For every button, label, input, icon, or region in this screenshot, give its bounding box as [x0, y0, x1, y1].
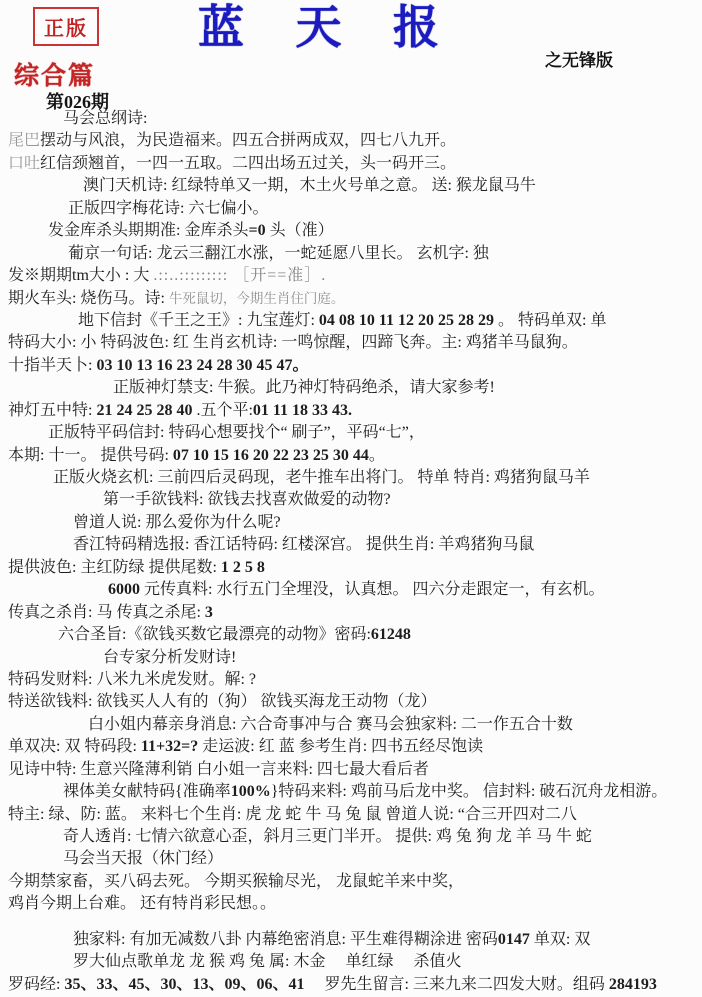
report-line: 神灯五中特: 21 24 25 28 40 .五个平:01 11 18 33 4… [8, 400, 702, 422]
line-text: 元传真料: 水行五门全埋没，认真想。 四六分走跟定一，有玄机。 [140, 581, 604, 598]
line-text: 葡京一句话: 龙云三翻江水涨，一蛇延愿八里长。 玄机字: 独 [68, 245, 489, 262]
line-text: 特主: 绿、防: 蓝。 来料七个生肖: 虎 龙 蛇 牛 马 兔 鼠 曾道人说: … [8, 806, 577, 823]
line-text: 本期: 十一。 提供号码: [8, 447, 173, 464]
line-text: 罗码经: [8, 976, 64, 993]
line-text: 见诗中特: 生意兴隆薄利销 白小姐一言来料: 四七最大看后者 [8, 761, 429, 778]
report-line: 正版特平码信封: 特码心想要找个“ 刷子”，平码“七”， [8, 422, 702, 444]
report-line: 地下信封《千王之王》: 九宝莲灯: 04 08 10 11 12 20 25 2… [8, 310, 702, 332]
line-numbers: =0 [248, 222, 265, 239]
newspaper-page: 正版 蓝 天 报 之无锋版 综合篇 第026期 马会总纲诗: 尾巴摆动与风浪，为… [0, 0, 702, 997]
report-line: 罗码经: 35、33、45、30、13、09、06、41 罗先生留言: 三来九来… [8, 974, 702, 996]
report-line: 台专家分析发财诗! [8, 647, 702, 669]
report-line: 提供波色: 主红防绿 提供尾数: 1 2 5 8 [8, 557, 702, 579]
edition-variant: 之无锋版 [545, 46, 613, 71]
line-numbers: 61248 [371, 626, 411, 643]
report-line: 见诗中特: 生意兴隆薄利销 白小姐一言来料: 四七最大看后者 [8, 759, 702, 781]
report-line: 发金库杀头期期准: 金库杀头=0 头（准） [8, 220, 702, 242]
line-text: 正版火烧玄机: 三前四后灵码现，老牛推车出将门。 特单 特肖: 鸡猪狗鼠马羊 [53, 469, 590, 486]
line-text: 第一手欲钱料: 欲钱去找喜欢做爱的动物? [103, 491, 391, 508]
report-line: 香江特码精选报: 香江话特码: 红楼深宫。 提供生肖: 羊鸡猪狗马鼠 [8, 534, 702, 556]
report-line: 尾巴摆动与风浪，为民造福来。四五合拼两成双，四七八九开。 [8, 130, 702, 152]
line-text: 独家料: 有加无减数八卦 内幕绝密消息: 平生难得糊涂进 密码 [73, 931, 498, 948]
report-line: 第一手欲钱料: 欲钱去找喜欢做爱的动物? [8, 489, 702, 511]
line-text: 六合圣旨:《欲钱买数它最漂亮的动物》密码: [58, 626, 371, 643]
line-numbers: 03 10 13 16 23 24 28 30 45 47。 [96, 357, 308, 374]
line-text: 正版四字梅花诗: 六七偏小。 [68, 200, 268, 217]
line-text: 。 [369, 447, 385, 464]
line-text: 单双决: 双 特码段: [8, 738, 141, 755]
line-text: 提供波色: 主红防绿 提供尾数: [8, 559, 221, 576]
report-line: 马会总纲诗: [8, 108, 702, 130]
report-line: 正版四字梅花诗: 六七偏小。 [8, 198, 702, 220]
line-text: 传真之杀肖: 马 传真之杀尾: [8, 604, 205, 621]
line-numbers: 07 10 15 16 20 22 23 25 30 44 [173, 447, 369, 464]
line-text: 特送欲钱料: 欲钱买人人有的（狗） 欲钱买海龙王动物（龙） [8, 693, 436, 710]
line-text: 马会总纲诗: [63, 110, 147, 127]
report-line: 单双决: 双 特码段: 11+32=? 走运波: 红 蓝 参考生肖: 四书五经尽… [8, 736, 702, 758]
line-text: 正版特平码信封: 特码心想要找个“ 刷子”，平码“七”， [48, 424, 425, 441]
line-text: 十指半天卜: [8, 357, 96, 374]
line-numbers: 01 11 18 33 43. [253, 402, 352, 419]
report-line: 发※期期tm大小 : 大 .::..::::::::: ［开==准］. [8, 265, 702, 287]
line-text: 摆动与风浪，为民造福来。四五合拼两成双，四七八九开。 [40, 132, 456, 149]
report-line: 澳门天机诗: 红绿特单又一期，木土火号单之意。 送: 猴龙鼠马牛 [8, 175, 702, 197]
line-text: 特码发财料: 八米九米虎发财。解: ? [8, 671, 256, 688]
line-numbers: 284193 [609, 976, 657, 993]
report-body: 马会总纲诗: 尾巴摆动与风浪，为民造福来。四五合拼两成双，四七八九开。 口吐红信… [8, 108, 702, 996]
line-numbers: 0147 [498, 931, 530, 948]
report-line: 本期: 十一。 提供号码: 07 10 15 16 20 22 23 25 30… [8, 445, 702, 467]
line-text: 澳门天机诗: 红绿特单又一期，木土火号单之意。 送: 猴龙鼠马牛 [83, 177, 536, 194]
line-text: 单双: 双 [530, 931, 590, 948]
line-text: 裸体美女献特码{准确率 [63, 783, 231, 800]
line-text: 白小姐内幕亲身消息: 六合奇事冲与合 赛马会独家料: 二一作五合十数 [88, 716, 573, 733]
report-line: 曾道人说: 那么爱你为什么呢? [8, 512, 702, 534]
report-line: 奇人透肖: 七情六欲意心歪，斜月三更门半开。 提供: 鸡 兔 狗 龙 羊 马 牛… [8, 826, 702, 848]
line-numbers: 21 24 25 28 40 [96, 402, 192, 419]
report-line: 正版神灯禁支: 牛猴。此乃神灯特码绝杀，请大家参考! [8, 377, 702, 399]
report-line: 期火车头: 烧伤马。诗: 牛死鼠切，今期生肖住门庭。 [8, 288, 702, 310]
line-text: 地下信封《千王之王》: 九宝莲灯: [78, 312, 319, 329]
report-line: 独家料: 有加无减数八卦 内幕绝密消息: 平生难得糊涂进 密码0147 单双: … [8, 929, 702, 951]
report-line: 六合圣旨:《欲钱买数它最漂亮的动物》密码:61248 [8, 624, 702, 646]
report-line: 葡京一句话: 龙云三翻江水涨，一蛇延愿八里长。 玄机字: 独 [8, 243, 702, 265]
report-line: 特码大小: 小 特码波色: 红 生肖玄机诗: 一鸣惊醒，四蹄飞奔。主: 鸡猪羊马… [8, 332, 702, 354]
report-line: 6000 元传真料: 水行五门全埋没，认真想。 四六分走跟定一，有玄机。 [8, 579, 702, 601]
line-text: 期火车头: 烧伤马。诗: [8, 290, 169, 307]
report-line: 十指半天卜: 03 10 13 16 23 24 28 30 45 47。 [8, 355, 702, 377]
line-numbers: 6000 [108, 581, 140, 598]
faded-text: 尾巴 [8, 132, 40, 149]
line-text: 特码大小: 小 特码波色: 红 生肖玄机诗: 一鸣惊醒，四蹄飞奔。主: 鸡猪羊马… [8, 334, 578, 351]
report-line: 马会当天报（休门经） [8, 848, 702, 870]
line-text: 发金库杀头期期准: 金库杀头 [48, 222, 248, 239]
line-text: 台专家分析发财诗! [103, 649, 236, 666]
line-text: 鸡肖今期上台难。 还有特肖彩民想。。 [8, 895, 276, 912]
report-line: 白小姐内幕亲身消息: 六合奇事冲与合 赛马会独家料: 二一作五合十数 [8, 714, 702, 736]
report-line: 传真之杀肖: 马 传真之杀尾: 3 [8, 602, 702, 624]
report-line: 特码发财料: 八米九米虎发财。解: ? [8, 669, 702, 691]
line-numbers: 35、33、45、30、13、09、06、41 [64, 976, 304, 993]
line-numbers: 100% [231, 783, 271, 800]
blurred-text: .::..::::::::: ［开==准］. [153, 267, 326, 284]
line-numbers: 04 08 10 11 12 20 25 28 29 [319, 312, 494, 329]
report-line: 鸡肖今期上台难。 还有特肖彩民想。。 [8, 893, 702, 915]
report-line: 裸体美女献特码{准确率100%}特码来料: 鸡前马后龙中奖。 信封料: 破石沉舟… [8, 781, 702, 803]
line-numbers: 11+32=? [141, 738, 198, 755]
line-text: 罗先生留言: 三来九来二四发大财。组码 [304, 976, 608, 993]
line-numbers: 1 2 5 8 [221, 559, 265, 576]
line-text: }特码来料: 鸡前马后龙中奖。 信封料: 破石沉舟龙相游。 [271, 783, 668, 800]
report-line: 正版火烧玄机: 三前四后灵码现，老牛推车出将门。 特单 特肖: 鸡猪狗鼠马羊 [8, 467, 702, 489]
line-text: 罗大仙点歌单龙 龙 猴 鸡 兔 属: 木金 单红绿 杀值火 [73, 953, 461, 970]
section-title: 综合篇 [14, 56, 95, 92]
line-text: 马会当天报（休门经） [63, 850, 223, 867]
line-text: 奇人透肖: 七情六欲意心歪，斜月三更门半开。 提供: 鸡 兔 狗 龙 羊 马 牛… [63, 828, 592, 845]
blurred-text: 牛死鼠切，今期生肖住门庭。 [169, 291, 345, 306]
line-numbers: 3 [205, 604, 213, 621]
line-text: 正版神灯禁支: 牛猴。此乃神灯特码绝杀，请大家参考! [113, 379, 495, 396]
report-line: 今期禁家畜，买八码去死。 今期买猴输尽光， 龙鼠蛇羊来中奖， [8, 871, 702, 893]
line-text: .五个平: [192, 402, 252, 419]
line-text: 头（准） [266, 222, 334, 239]
report-line: 口吐红信颈翘首，一四一五取。二四出场五过关，头一码开三。 [8, 153, 702, 175]
line-text: 红信颈翘首，一四一五取。二四出场五过关，头一码开三。 [40, 155, 456, 172]
line-text: 。 特码单双: 单 [494, 312, 606, 329]
line-text: 神灯五中特: [8, 402, 96, 419]
line-text: 发※期期tm大小 : 大 [8, 267, 153, 284]
faded-text: 口吐 [8, 155, 40, 172]
line-text: 香江特码精选报: 香江话特码: 红楼深宫。 提供生肖: 羊鸡猪狗马鼠 [73, 536, 534, 553]
line-text: 今期禁家畜，买八码去死。 今期买猴输尽光， 龙鼠蛇羊来中奖， [8, 873, 464, 890]
line-text: 走运波: 红 蓝 参考生肖: 四书五经尽饱读 [198, 738, 483, 755]
line-text: 曾道人说: 那么爱你为什么呢? [73, 514, 281, 531]
report-line: 特送欲钱料: 欲钱买人人有的（狗） 欲钱买海龙王动物（龙） [8, 691, 702, 713]
report-line: 罗大仙点歌单龙 龙 猴 鸡 兔 属: 木金 单红绿 杀值火 [8, 951, 702, 973]
report-line: 特主: 绿、防: 蓝。 来料七个生肖: 虎 龙 蛇 牛 马 兔 鼠 曾道人说: … [8, 804, 702, 826]
